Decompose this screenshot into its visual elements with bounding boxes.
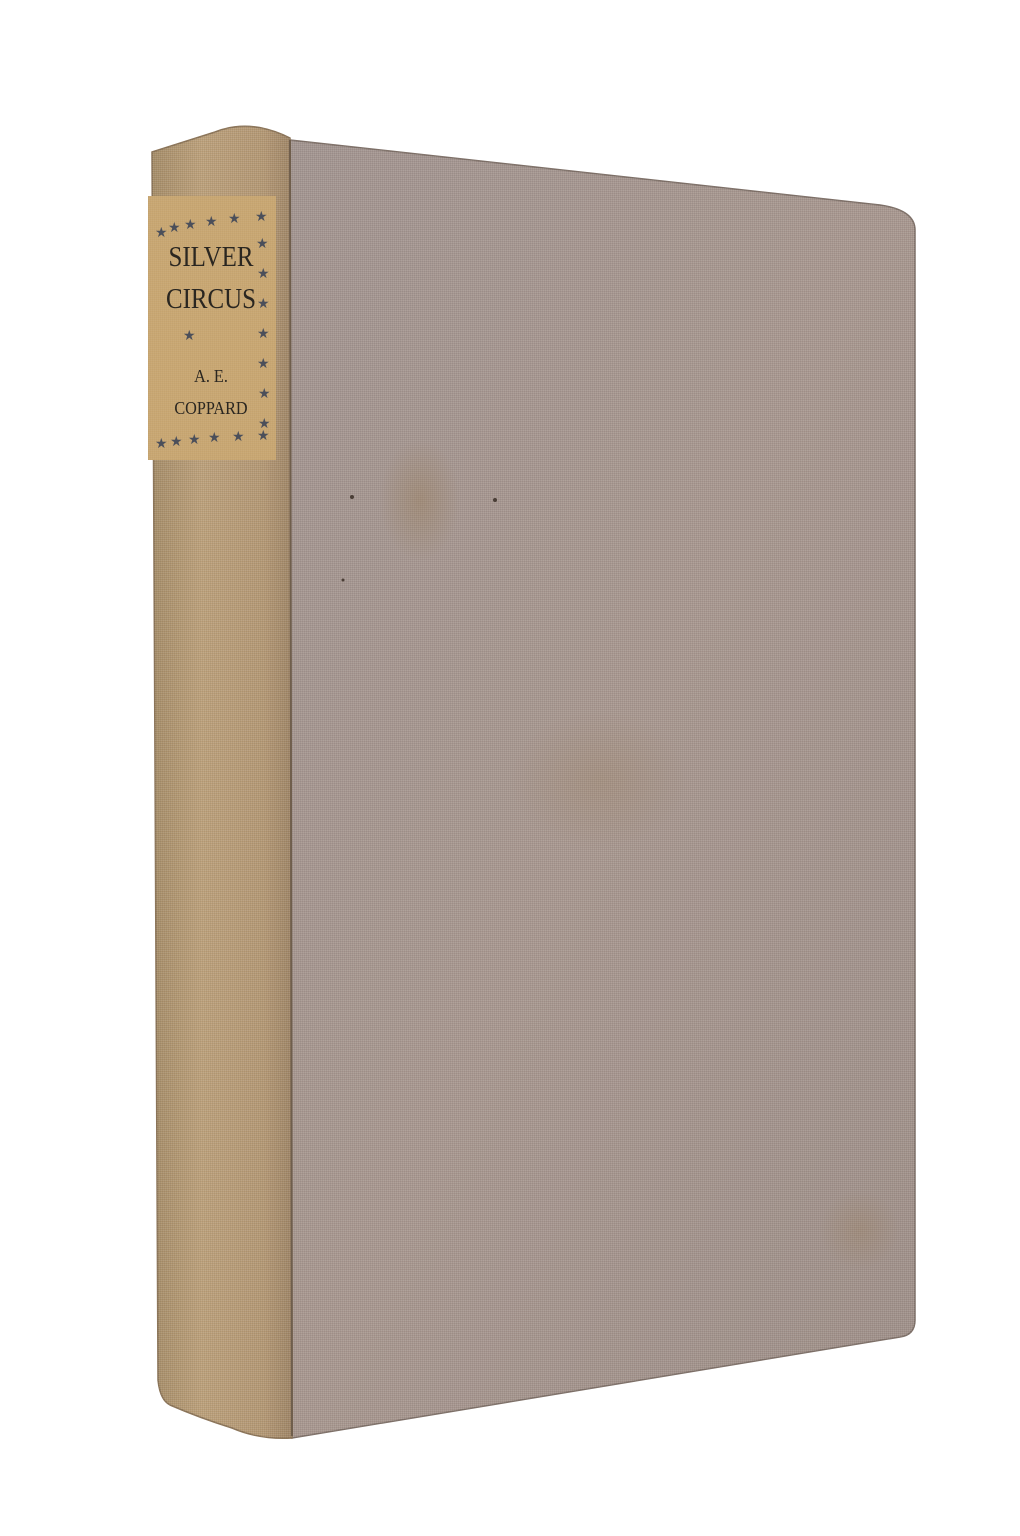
front-cover <box>290 140 915 1438</box>
spine-label-text: SILVER CIRCUS A. E. COPPARD <box>150 200 272 456</box>
author-surname: COPPARD <box>156 398 266 418</box>
book-title-line-1: SILVER <box>159 242 264 272</box>
book-title-line-2: CIRCUS <box>159 284 264 314</box>
author-initials: A. E. <box>156 366 266 386</box>
book-photo: ★★★ ★★★ ★★★ ★★★ ★ ★★★ ★★★ ★ SILVER CIRCU… <box>0 0 1020 1536</box>
